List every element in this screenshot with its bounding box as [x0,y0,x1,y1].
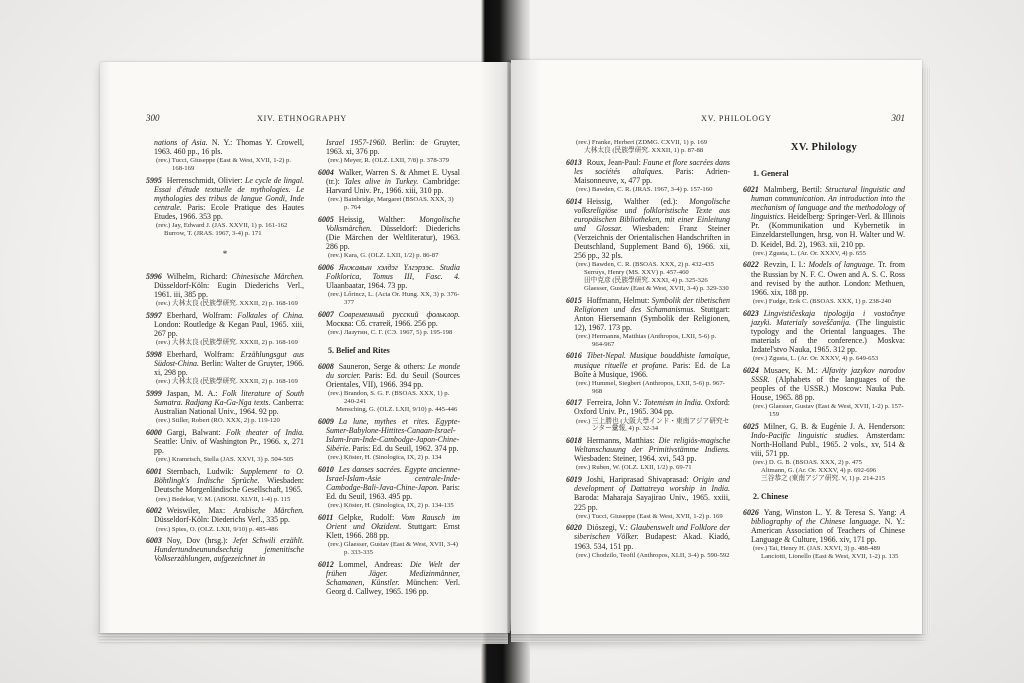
entry-title: Янжавын хэлдэг Үлгэрээс. Studia Folklori… [326,263,460,281]
entry-number: 6020 [566,523,582,532]
review-line: (rev.) Stiller, Robert (RO. XXX, 2) p. 1… [146,417,304,425]
entry-number: 6014 [566,197,582,206]
entry-text: Eberhard, Wolfram: [167,350,241,359]
review-list: (rev.) D. G. B. (BSOAS. XXX, 2) p. 475Al… [743,459,905,482]
entry-text: Wilhelm, Richard: [167,272,232,281]
entry-title: Israel 1957-1960. [326,138,387,147]
entry-text: Seattle: Univ. of Washington Pr., 1966. … [154,437,304,455]
review-list: (rev.) Meyer, R. (OLZ. LXII, 7/8) p. 378… [318,157,460,165]
right-page-column-2: XV. Philology1. General6021Malmberg, Ber… [743,138,905,564]
left-page-column-2: Israel 1957-1960. Berlin: de Gruyter, 19… [318,138,460,596]
entry-number: 6003 [146,536,162,545]
review-list: (rev.) Bawden, C. R. (JRAS. 1967, 3-4) p… [566,186,730,194]
bib-entry: 6005Heissig, Walther: Mongolische Volksm… [318,215,460,251]
entry-number: 6019 [566,475,582,484]
review-line: (rev.) Zgusta, L. (Ar. Or. XXXV, 4) p. 6… [743,355,905,363]
running-head-left: XIV. ETHNOGRAPHY [146,114,458,123]
entry-number: 6002 [146,506,162,515]
review-line: (rev.) D. G. B. (BSOAS. XXX, 2) p. 475 [743,459,905,467]
bib-entry: 6000Gargi, Balwant: Folk theater of Indi… [146,428,304,455]
entry-text: Weiswiler, Max: [167,506,234,515]
entry-number: 6006 [318,263,334,272]
review-line: Lanciotti, Lionello (East & West, XVII, … [743,553,905,561]
entry-title: Folk theater of India. [226,428,304,437]
entry-text: Москва: Сб. статей, 1966. 256 pp. [326,319,438,328]
bib-entry: 6004Walker, Warren S. & Ahmet E. Uysal (… [318,168,460,195]
entry-number: 6010 [318,465,334,474]
bib-entry: 6026Yang, Winston L. Y. & Teresa S. Yang… [743,508,905,544]
review-line: 三谷恭之 (東南アジア研究. V, 1) p. 214-215 [743,475,905,483]
review-line: (rev.) Meyer, R. (OLZ. LXII, 7/8) p. 378… [318,157,460,165]
review-list: (rev.) 大林太良 (民族學研究. XXXII, 2) p. 168-169 [146,378,304,386]
review-list: (rev.) 三上勝也 (大阪大學インド・東南アジア研究センター彙報, 4) p… [566,418,730,434]
bib-entry-continuation: nations of Asia. N. Y.: Thomas Y. Crowel… [146,138,304,156]
bib-entry: 6011Gelpke, Rudolf: Vom Rausch im Orient… [318,513,460,540]
entry-text: (Alphabets of the languages of the peopl… [751,375,905,402]
entry-text: Revzin, I. I.: [764,260,809,269]
bib-entry: 5997Eberhard, Wolfram: Folktales of Chin… [146,311,304,338]
entry-number: 6009 [318,417,334,426]
entry-number: 6023 [743,309,759,318]
review-list: (rev.) Hummel, Siegbert (Anthropos, LXII… [566,380,730,396]
entry-number: 6005 [318,215,334,224]
entry-number: 5999 [146,389,162,398]
running-head-right: XV. PHILOLOGY [568,114,905,123]
entry-title: Tales alive in Turkey. [344,177,418,186]
review-list: (rev.) Fudge, Erik C. (BSOAS. XXX, 1) p.… [743,298,905,306]
bib-entry: 6024Musaev, K. M.: Alfavity jazykov naro… [743,366,905,402]
review-list: (rev.) Tucci, Giuseppe (East & West, XVI… [566,513,730,521]
review-line: (rev.) Köster, H. (Sinologica, IX, 2) p.… [318,502,460,510]
bib-entry: 6020Diószegi, V.: Glaubenswelt und Folkl… [566,523,730,550]
chapter-heading: XV. Philology [743,142,905,153]
entry-text: Düsseldorf-Köln: Diederichs Verl., 335 p… [154,515,290,524]
entry-number: 6026 [743,508,759,517]
review-list: (rev.) Hermanns, Matthias (Anthropos, LX… [566,333,730,349]
entry-number: 6000 [146,428,162,437]
entry-number: 6024 [743,366,759,375]
bib-entry: 6008Sauneron, Serge & others: Le monde d… [318,362,460,389]
entry-number: 6011 [318,513,333,522]
bib-entry: 6018Hermanns, Matthias: Die religiös-mag… [566,436,730,463]
review-line: Glaesser, Gustav (East & West, XVII, 3-4… [566,285,730,293]
entry-number: 6008 [318,362,334,371]
review-line: Mensching, G. (OLZ. LXII, 9/10) p. 445-4… [318,406,460,414]
entry-number: 5997 [146,311,162,320]
entry-number: 6004 [318,168,334,177]
review-list: (rev.) Chodzilo, Teofil (Anthropos, XLII… [566,552,730,560]
review-list: (rev.) 大林太良 (民族學研究. XXXII, 2) p. 168-169 [146,300,304,308]
book-gutter-crease [507,60,511,634]
review-line: (rev.) Köster, H. (Sinologica, IX, 2) p.… [318,454,460,462]
bib-entry: 6003Noy, Dov (hrsg.): Jefet Schwili erzä… [146,536,304,563]
review-line: (rev.) Chodzilo, Teofil (Anthropos, XLII… [566,552,730,560]
bib-entry: 5998Eberhard, Wolfram: Erzählungsgut aus… [146,350,304,377]
review-list: (rev.) Zgusta, L. (Ar. Or. XXXV, 4) p. 6… [743,355,905,363]
entry-number: 6012 [318,560,334,569]
review-line: (rev.) 三上勝也 (大阪大學インド・東南アジア研究センター彙報, 4) p… [566,418,730,434]
entry-text: Ulaanbaatar, 1964. 73 pp. [326,281,407,290]
review-list: (rev.) Glaesser, Gustav (East & West, XV… [318,541,460,557]
review-line: (rev.) Bawden, C. R. (BSOAS. XXX, 2) p. … [566,261,730,269]
entry-number: 6015 [566,296,582,305]
entry-text: Diószegi, V.: [587,523,630,532]
bib-entry: 6025Milner, G. B. & Eugénie J. A. Hender… [743,422,905,458]
review-line: (rev.) 大林太良 (民族學研究. XXXII, 2) p. 168-169 [146,300,304,308]
review-line: (rev.) Tucci, Giuseppe (East & West, XVI… [146,157,304,173]
review-line: Serruys, Henry (MS. XXV) p. 457-460 [566,269,730,277]
entry-title: Folktales of China. [237,311,304,320]
section-heading: 2. Chinese [753,492,905,501]
page-edges-bottom-left [98,633,508,644]
review-list: (rev.) Kara, G. (OLZ. LXII, 1/2) p. 86-8… [318,252,460,260]
entry-title: Chinesische Märchen. [232,272,304,281]
bib-entry: 5996Wilhelm, Richard: Chinesische Märche… [146,272,304,299]
entry-title: nations of Asia. [154,138,208,147]
entry-number: 5998 [146,350,162,359]
entry-number: 6007 [318,310,334,319]
review-line: 田中克彦 (民族學研究. XXXI, 4) p. 325-326 [566,277,730,285]
bib-entry: 6006Янжавын хэлдэг Үлгэрээс. Studia Folk… [318,263,460,290]
entry-text: Gargi, Balwant: [167,428,226,437]
bib-entry: 6016Tibet-Nepal. Musique bouddhiste lama… [566,351,730,378]
bib-entry: 6019Joshi, Hariprasad Shivaprasad: Origi… [566,475,730,511]
entry-number: 6025 [743,422,759,431]
entry-text: Sauneron, Serge & others: [339,362,428,371]
review-line: (rev.) Glaesser, Gustav (East & West, XV… [318,541,460,557]
bib-entry: 6007Современный русский фольклор. Москва… [318,310,460,328]
review-line: (rev.) 大林太良 (民族學研究. XXXII, 2) p. 168-169 [146,339,304,347]
entry-title: Totemism in India. [644,398,703,407]
entry-text: Yang, Winston L. Y. & Teresa S. Yang: [764,508,900,517]
bib-entry: 6017Ferreira, John V.: Totemism in India… [566,398,730,416]
review-line: Altmann, G. (Ar. Or. XXXV, 4) p. 692-696 [743,467,905,475]
entry-number: 5996 [146,272,162,281]
review-list: (rev.) Köster, H. (Sinologica, IX, 2) p.… [318,454,460,462]
review-line: (rev.) Bainbridge, Margaret (BSOAS. XXX,… [318,196,460,212]
bib-entry: 6002Weiswiler, Max: Arabische Märchen. D… [146,506,304,524]
bib-entry: 6009La lune, mythes et rites. Egypte-Sum… [318,417,460,453]
review-line: (rev.) Ruben, W. (OLZ. LXII, 1/2) p. 69-… [566,464,730,472]
bib-entry: 5995Herrenschmidt, Olivier: Le cycle de … [146,176,304,221]
entry-text: Hoffmann, Helmut: [587,296,652,305]
entry-number: 6001 [146,467,162,476]
entry-text: Jaspan, M. A.: [167,389,222,398]
review-list: (rev.) Bawden, C. R. (BSOAS. XXX, 2) p. … [566,261,730,292]
review-line: (rev.) Franke, Herbert (ZDMG. CXVII, 1) … [566,139,730,147]
review-line: (rev.) Tai, Henry H. (JAS. XXVI, 3) p. 4… [743,545,905,553]
right-page-column-1: (rev.) Franke, Herbert (ZDMG. CXVII, 1) … [566,138,730,562]
review-list: (rev.) Kramrisch, Stella (JAS. XXVI, 3) … [146,456,304,464]
bib-entry: 6010Les danses sacrées. Egypte ancienne-… [318,465,460,501]
entry-text: London: Routledge & Kegan Paul, 1965. xi… [154,320,304,338]
review-list: (rev.) Лазутин, С. Г. (СЭ. 1967, 5) p. 1… [318,329,460,337]
entry-number: 6013 [566,158,582,167]
entry-text: Sternbach, Ludwik: [167,467,240,476]
bib-entry: 5999Jaspan, M. A.: Folk literature of So… [146,389,304,416]
review-line: (rev.) Lőrincz, L. (Acta Or. Hung. XX, 3… [318,291,460,307]
review-line: (rev.) Kramrisch, Stella (JAS. XXVI, 3) … [146,456,304,464]
section-heading: 5. Belief and Rites [328,346,460,355]
review-list: (rev.) Franke, Herbert (ZDMG. CXVII, 1) … [566,139,730,155]
review-line: (rev.) Glaesser, Gustav (East & West, XV… [743,403,905,419]
bib-entry: 6012Lommel, Andreas: Die Welt der frühen… [318,560,460,596]
entry-number: 6022 [743,260,759,269]
entry-number: 6021 [743,185,759,194]
review-line: Burrow, T. (JRAS. 1967, 3-4) p. 171 [146,230,304,238]
bib-entry: 6001Sternbach, Ludwik: Supplement to O. … [146,467,304,494]
entry-number: 6016 [566,351,582,360]
review-list: (rev.) Ruben, W. (OLZ. LXII, 1/2) p. 69-… [566,464,730,472]
review-list: (rev.) Stiller, Robert (RO. XXX, 2) p. 1… [146,417,304,425]
entry-title: Indo-Pacific linguistic studies. [751,431,859,440]
review-line: (rev.) Bawden, C. R. (JRAS. 1967, 3-4) p… [566,186,730,194]
review-list: (rev.) Spies, O. (OLZ. LXII, 9/10) p. 48… [146,526,304,534]
entry-title: Models of language. [808,260,875,269]
entry-text: Noy, Dov (hrsg.): [167,536,233,545]
entry-number: 6018 [566,436,582,445]
review-line: (rev.) Brandon, S. G. F. (BSOAS. XXX, 1)… [318,390,460,406]
review-line: (rev.) Spies, O. (OLZ. LXII, 9/10) p. 48… [146,526,304,534]
entry-number: 6017 [566,398,582,407]
review-line: (rev.) Hermanns, Matthias (Anthropos, LX… [566,333,730,349]
entry-text: Baroda: Maharaja Sayajirao Univ., 1965. … [574,493,730,511]
entry-text: Musaev, K. M.: [764,366,822,375]
review-line: (rev.) Kara, G. (OLZ. LXII, 1/2) p. 86-8… [318,252,460,260]
review-line: (rev.) Лазутин, С. Г. (СЭ. 1967, 5) p. 1… [318,329,460,337]
review-line: (rev.) Tucci, Giuseppe (East & West, XVI… [566,513,730,521]
review-line: (rev.) Bedekar, V. M. (ABORI. XLVII, 1-4… [146,496,304,504]
entry-text: Milner, G. B. & Eugénie J. A. Henderson: [764,422,905,431]
review-list: (rev.) Zgusta, L. (Ar. Or. XXXV, 4) p. 6… [743,250,905,258]
review-list: (rev.) Tucci, Giuseppe (East & West, XVI… [146,157,304,173]
review-list: (rev.) Jay, Edward J. (JAS. XXVII, 1) p.… [146,222,304,238]
bib-entry-continuation: Israel 1957-1960. Berlin: de Gruyter, 19… [318,138,460,156]
entry-text: Hermanns, Matthias: [587,436,659,445]
review-list: (rev.) Glaesser, Gustav (East & West, XV… [743,403,905,419]
review-list: (rev.) Köster, H. (Sinologica, IX, 2) p.… [318,502,460,510]
section-heading: 1. General [753,169,905,178]
entry-number: 5995 [146,176,162,185]
entry-text: Joshi, Hariprasad Shivaprasad: [587,475,693,484]
review-list: (rev.) Tai, Henry H. (JAS. XXVI, 3) p. 4… [743,545,905,561]
page-right: 301 XV. PHILOLOGY (rev.) Franke, Herbert… [511,60,922,634]
book-spine-top [481,0,530,63]
left-page-column-1: nations of Asia. N. Y.: Thomas Y. Crowel… [146,138,304,564]
review-line: 大林太良 (民族學研究. XXXII, 1) p. 87-88 [566,147,730,155]
review-line: (rev.) Jay, Edward J. (JAS. XXVII, 1) p.… [146,222,304,230]
entry-text: Gelpke, Rudolf: [338,513,401,522]
review-line: (rev.) Fudge, Erik C. (BSOAS. XXX, 1) p.… [743,298,905,306]
entry-text: Ferreira, John V.: [587,398,644,407]
entry-text: Paris: Ed. du Seuil, 1962. 374 pp. [350,444,458,453]
bib-entry: 6015Hoffmann, Helmut: Symbolik der tibet… [566,296,730,332]
entry-text: Eberhard, Wolfram: [167,311,238,320]
review-list: (rev.) Bainbridge, Margaret (BSOAS. XXX,… [318,196,460,212]
review-list: (rev.) Brandon, S. G. F. (BSOAS. XXX, 1)… [318,390,460,413]
review-line: (rev.) 大林太良 (民族學研究. XXXII, 2) p. 168-169 [146,378,304,386]
entry-title: Современный русский фольклор. [339,310,460,319]
section-divider-star: * [146,249,304,259]
page-edges-right [922,68,931,634]
book-photo: 300 XIV. ETHNOGRAPHY nations of Asia. N.… [0,0,1024,683]
entry-title: Arabische Märchen. [234,506,304,515]
entry-text: Lommel, Andreas: [339,560,410,569]
review-list: (rev.) Lőrincz, L. (Acta Or. Hung. XX, 3… [318,291,460,307]
page-edges-bottom-right [511,634,925,642]
review-line: (rev.) Zgusta, L. (Ar. Or. XXXV, 4) p. 6… [743,250,905,258]
review-list: (rev.) 大林太良 (民族學研究. XXXII, 2) p. 168-169 [146,339,304,347]
entry-text: Roux, Jean-Paul: [587,158,643,167]
entry-text: Düsseldorf-Köln: Eugin Diederichs Verl.,… [154,281,304,299]
bib-entry: 6021Malmberg, Bertil: Structural linguis… [743,185,905,249]
entry-text: Malmberg, Bertil: [764,185,825,194]
bib-entry: 6013Roux, Jean-Paul: Faune et flore sacr… [566,158,730,185]
bib-entry: 6023Lingvističeskaja tipologija i vostoč… [743,309,905,354]
entry-text: Heissig, Walther: [339,215,419,224]
entry-text: Heissig, Walther (ed.): [587,197,689,206]
entry-text: Wiesbaden: Steiner, 1964. xvi, 543 pp. [574,454,696,463]
bib-entry: 6022Revzin, I. I.: Models of language. T… [743,260,905,296]
review-list: (rev.) Bedekar, V. M. (ABORI. XLVII, 1-4… [146,496,304,504]
page-left: 300 XIV. ETHNOGRAPHY nations of Asia. N.… [100,62,510,633]
review-line: (rev.) Hummel, Siegbert (Anthropos, LXII… [566,380,730,396]
bib-entry: 6014Heissig, Walther (ed.): Mongolische … [566,197,730,261]
entry-text: Herrenschmidt, Olivier: [167,176,245,185]
